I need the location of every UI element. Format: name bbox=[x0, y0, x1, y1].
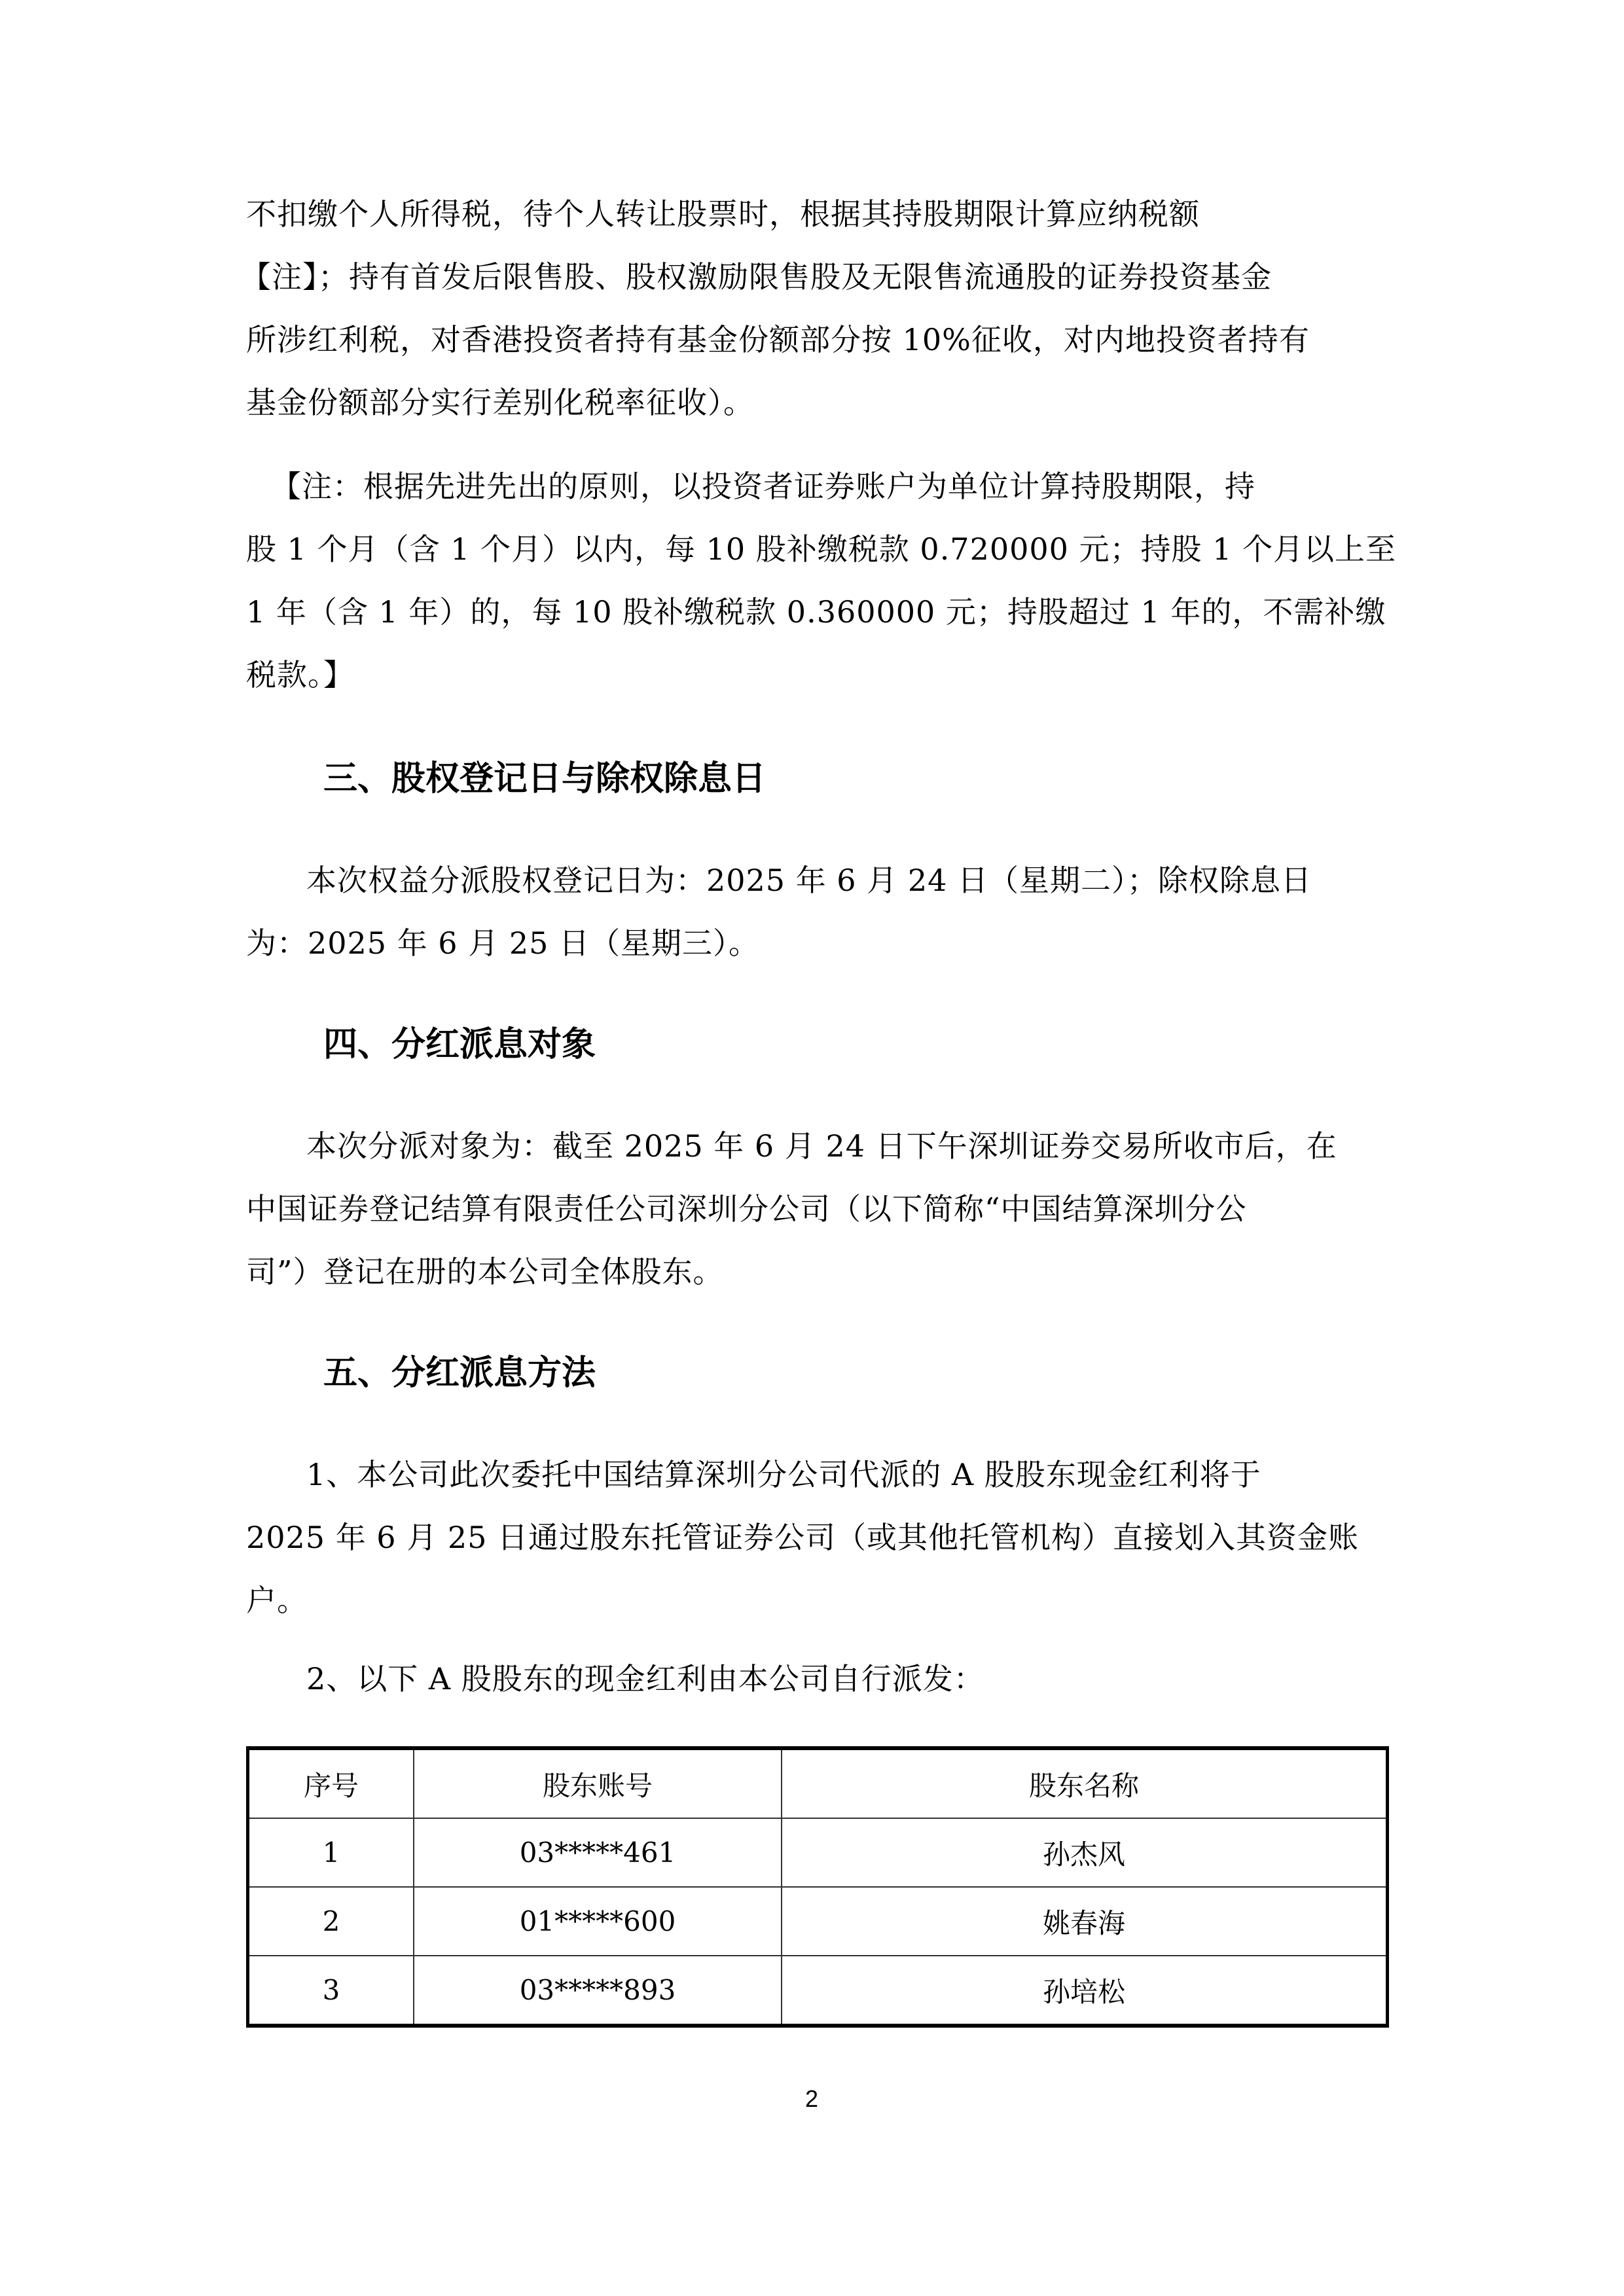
note-line: 税款。】 bbox=[246, 658, 1388, 691]
section-heading-3: 三、股权登记日与除权除息日 bbox=[323, 759, 766, 798]
cell-index: 3 bbox=[248, 1956, 414, 2026]
section-4-line: 本次分派对象为：截至 2025 年 6 月 24 日下午深圳证券交易所收市后，在 bbox=[306, 1130, 1448, 1162]
section-5-line: 1、本公司此次委托中国结算深圳分公司代派的 A 股股东现金红利将于 bbox=[306, 1458, 1448, 1491]
note-line: 【注：根据先进先出的原则，以投资者证券账户为单位计算持股期限，持 bbox=[271, 470, 1413, 503]
section-5-line: 2025 年 6 月 25 日通过股东托管证券公司（或其他托管机构）直接划入其资… bbox=[246, 1521, 1388, 1554]
cell-name: 姚春海 bbox=[782, 1887, 1388, 1956]
section-heading-4: 四、分红派息对象 bbox=[323, 1025, 596, 1064]
table-row: 1 03*****461 孙杰风 bbox=[248, 1818, 1388, 1887]
paragraph-line: 【注】；持有首发后限售股、股权激励限售股及无限售流通股的证券投资基金 bbox=[241, 260, 1382, 293]
paragraph-line: 基金份额部分实行差别化税率征收）。 bbox=[246, 386, 1388, 419]
section-3-line: 为：2025 年 6 月 25 日（星期三）。 bbox=[246, 927, 1388, 960]
header-index: 序号 bbox=[248, 1748, 414, 1818]
page-number: 2 bbox=[805, 2085, 818, 2113]
cell-account: 03*****893 bbox=[414, 1956, 782, 2026]
paragraph-line: 所涉红利税，对香港投资者持有基金份额部分按 10%征收，对内地投资者持有 bbox=[246, 323, 1388, 356]
section-heading-5: 五、分红派息方法 bbox=[323, 1354, 596, 1393]
shareholder-table: 序号 股东账号 股东名称 1 03*****461 孙杰风 2 01*****6… bbox=[246, 1746, 1389, 2028]
paragraph-line: 不扣缴个人所得税，待个人转让股票时，根据其持股期限计算应纳税额 bbox=[246, 198, 1388, 230]
section-3-line: 本次权益分派股权登记日为：2025 年 6 月 24 日（星期二）；除权除息日 bbox=[306, 864, 1448, 897]
section-5-line: 户。 bbox=[246, 1584, 1388, 1617]
cell-name: 孙培松 bbox=[782, 1956, 1388, 2026]
cell-index: 1 bbox=[248, 1818, 414, 1887]
cell-name: 孙杰风 bbox=[782, 1818, 1388, 1887]
table-header-row: 序号 股东账号 股东名称 bbox=[248, 1748, 1388, 1818]
note-line: 1 年（含 1 年）的，每 10 股补缴税款 0.360000 元；持股超过 1… bbox=[246, 596, 1388, 628]
note-line: 股 1 个月（含 1 个月）以内，每 10 股补缴税款 0.720000 元；持… bbox=[246, 533, 1388, 565]
cell-account: 01*****600 bbox=[414, 1887, 782, 1956]
cell-index: 2 bbox=[248, 1887, 414, 1956]
header-account: 股东账号 bbox=[414, 1748, 782, 1818]
section-4-line: 司”）登记在册的本公司全体股东。 bbox=[246, 1255, 1388, 1288]
cell-account: 03*****461 bbox=[414, 1818, 782, 1887]
header-name: 股东名称 bbox=[782, 1748, 1388, 1818]
table-row: 3 03*****893 孙培松 bbox=[248, 1956, 1388, 2026]
section-5-line: 2、以下 A 股股东的现金红利由本公司自行派发： bbox=[306, 1662, 1448, 1695]
table-row: 2 01*****600 姚春海 bbox=[248, 1887, 1388, 1956]
section-4-line: 中国证券登记结算有限责任公司深圳分公司（以下简称“中国结算深圳分公 bbox=[246, 1193, 1388, 1225]
